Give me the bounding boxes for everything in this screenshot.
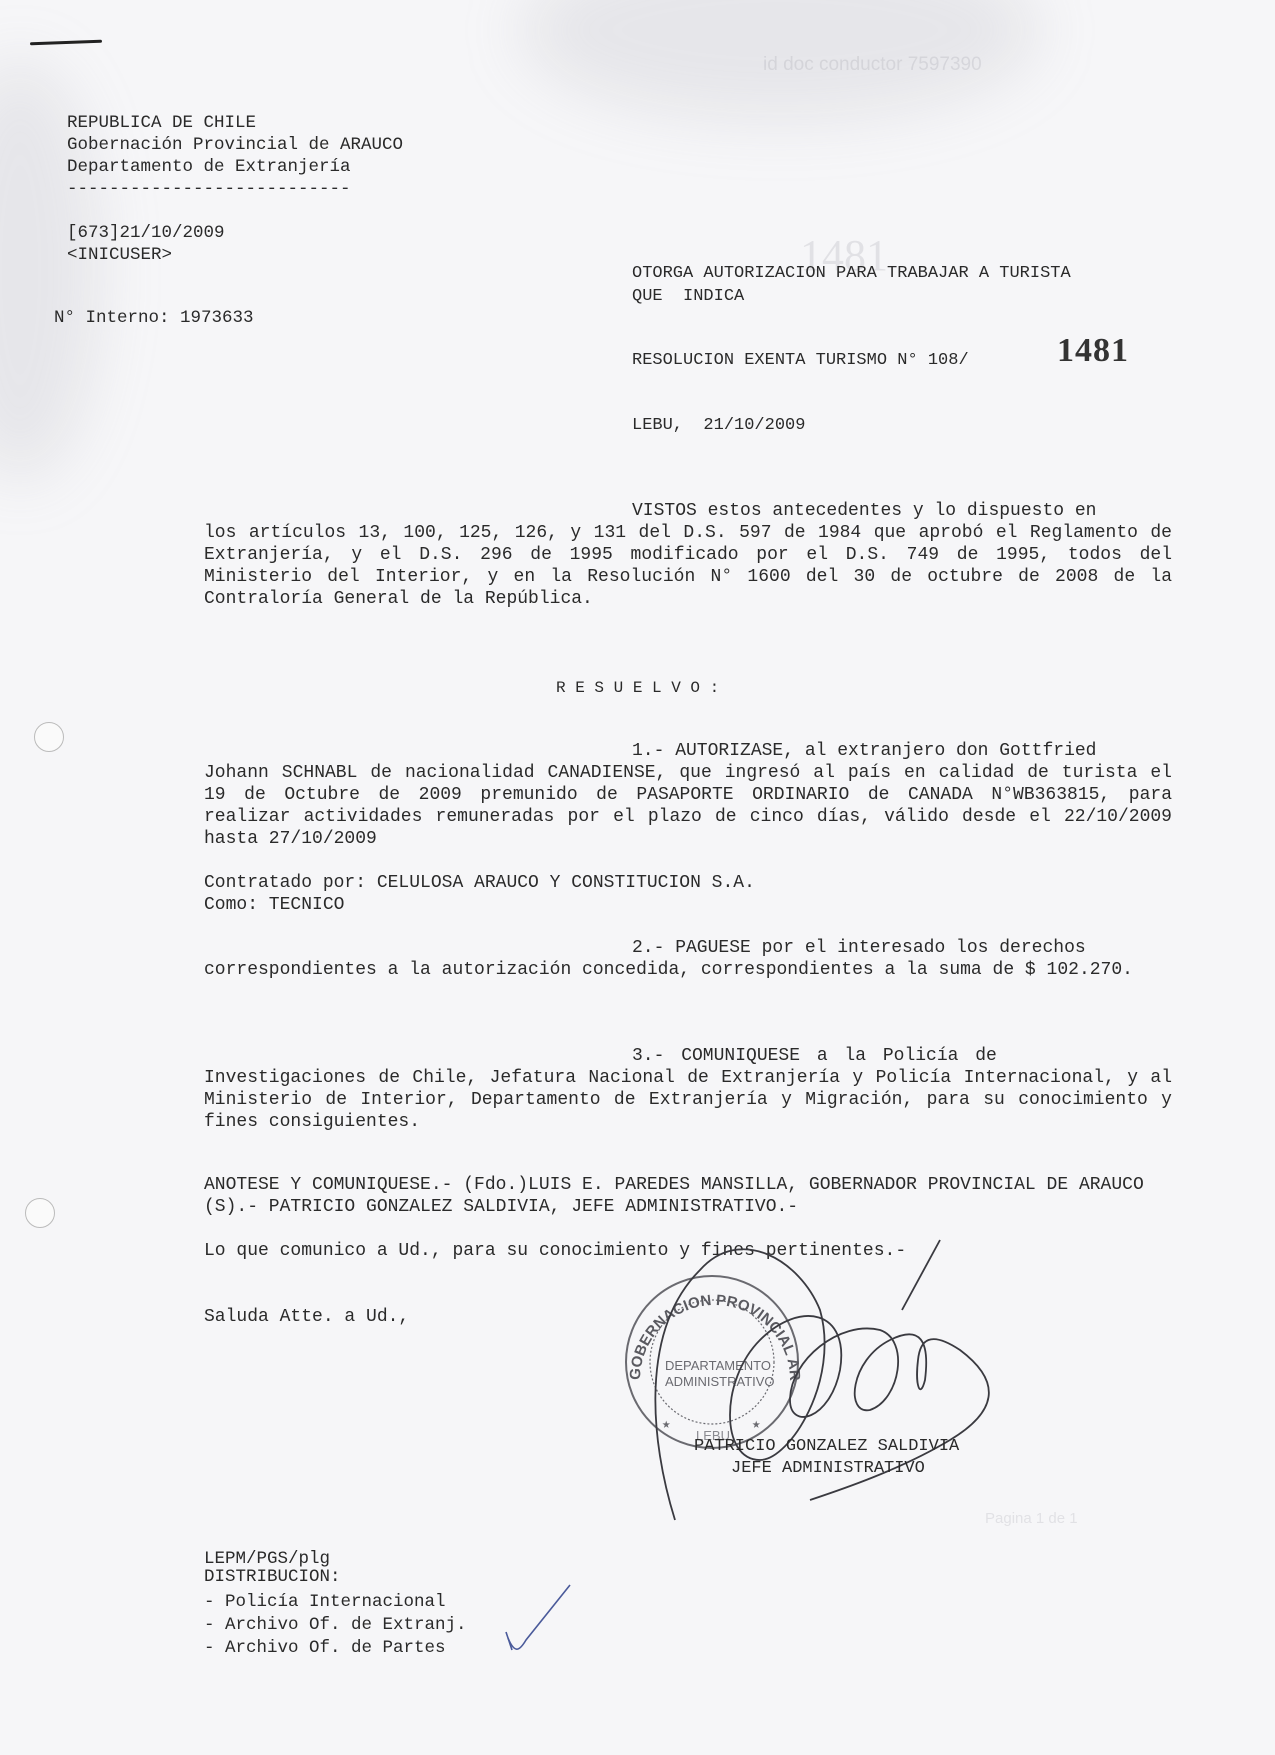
seal-inner-1: DEPARTAMENTO	[665, 1358, 771, 1373]
distribution-label: DISTRIBUCION:	[204, 1566, 341, 1588]
distribution-item: - Archivo Of. de Partes	[204, 1637, 446, 1659]
distribution-item: - Archivo Of. de Extranj.	[204, 1614, 467, 1636]
official-seal: GOBERNACION PROVINCIAL ARAUCO DEPARTAMEN…	[0, 0, 803, 1448]
distribution-item: - Policía Internacional	[204, 1591, 446, 1613]
svg-text:GOBERNACION PROVINCIAL ARAUCO: GOBERNACION PROVINCIAL ARAUCO	[0, 0, 803, 1381]
check-mark	[506, 1585, 570, 1650]
seal-inner-2: ADMINISTRATIVO	[665, 1374, 775, 1389]
signer-name: PATRICIO GONZALEZ SALDIVIA	[694, 1436, 959, 1458]
seal-and-signature: GOBERNACION PROVINCIAL ARAUCO DEPARTAMEN…	[0, 0, 1275, 1755]
svg-text:★: ★	[752, 1417, 761, 1433]
svg-text:★: ★	[662, 1417, 671, 1433]
document-page: id doc conductor 7597390 1481 Pagina 1 d…	[0, 0, 1275, 1755]
seal-outer-text: GOBERNACION PROVINCIAL ARAUCO	[0, 0, 803, 1381]
signer-role: JEFE ADMINISTRATIVO	[731, 1458, 925, 1480]
